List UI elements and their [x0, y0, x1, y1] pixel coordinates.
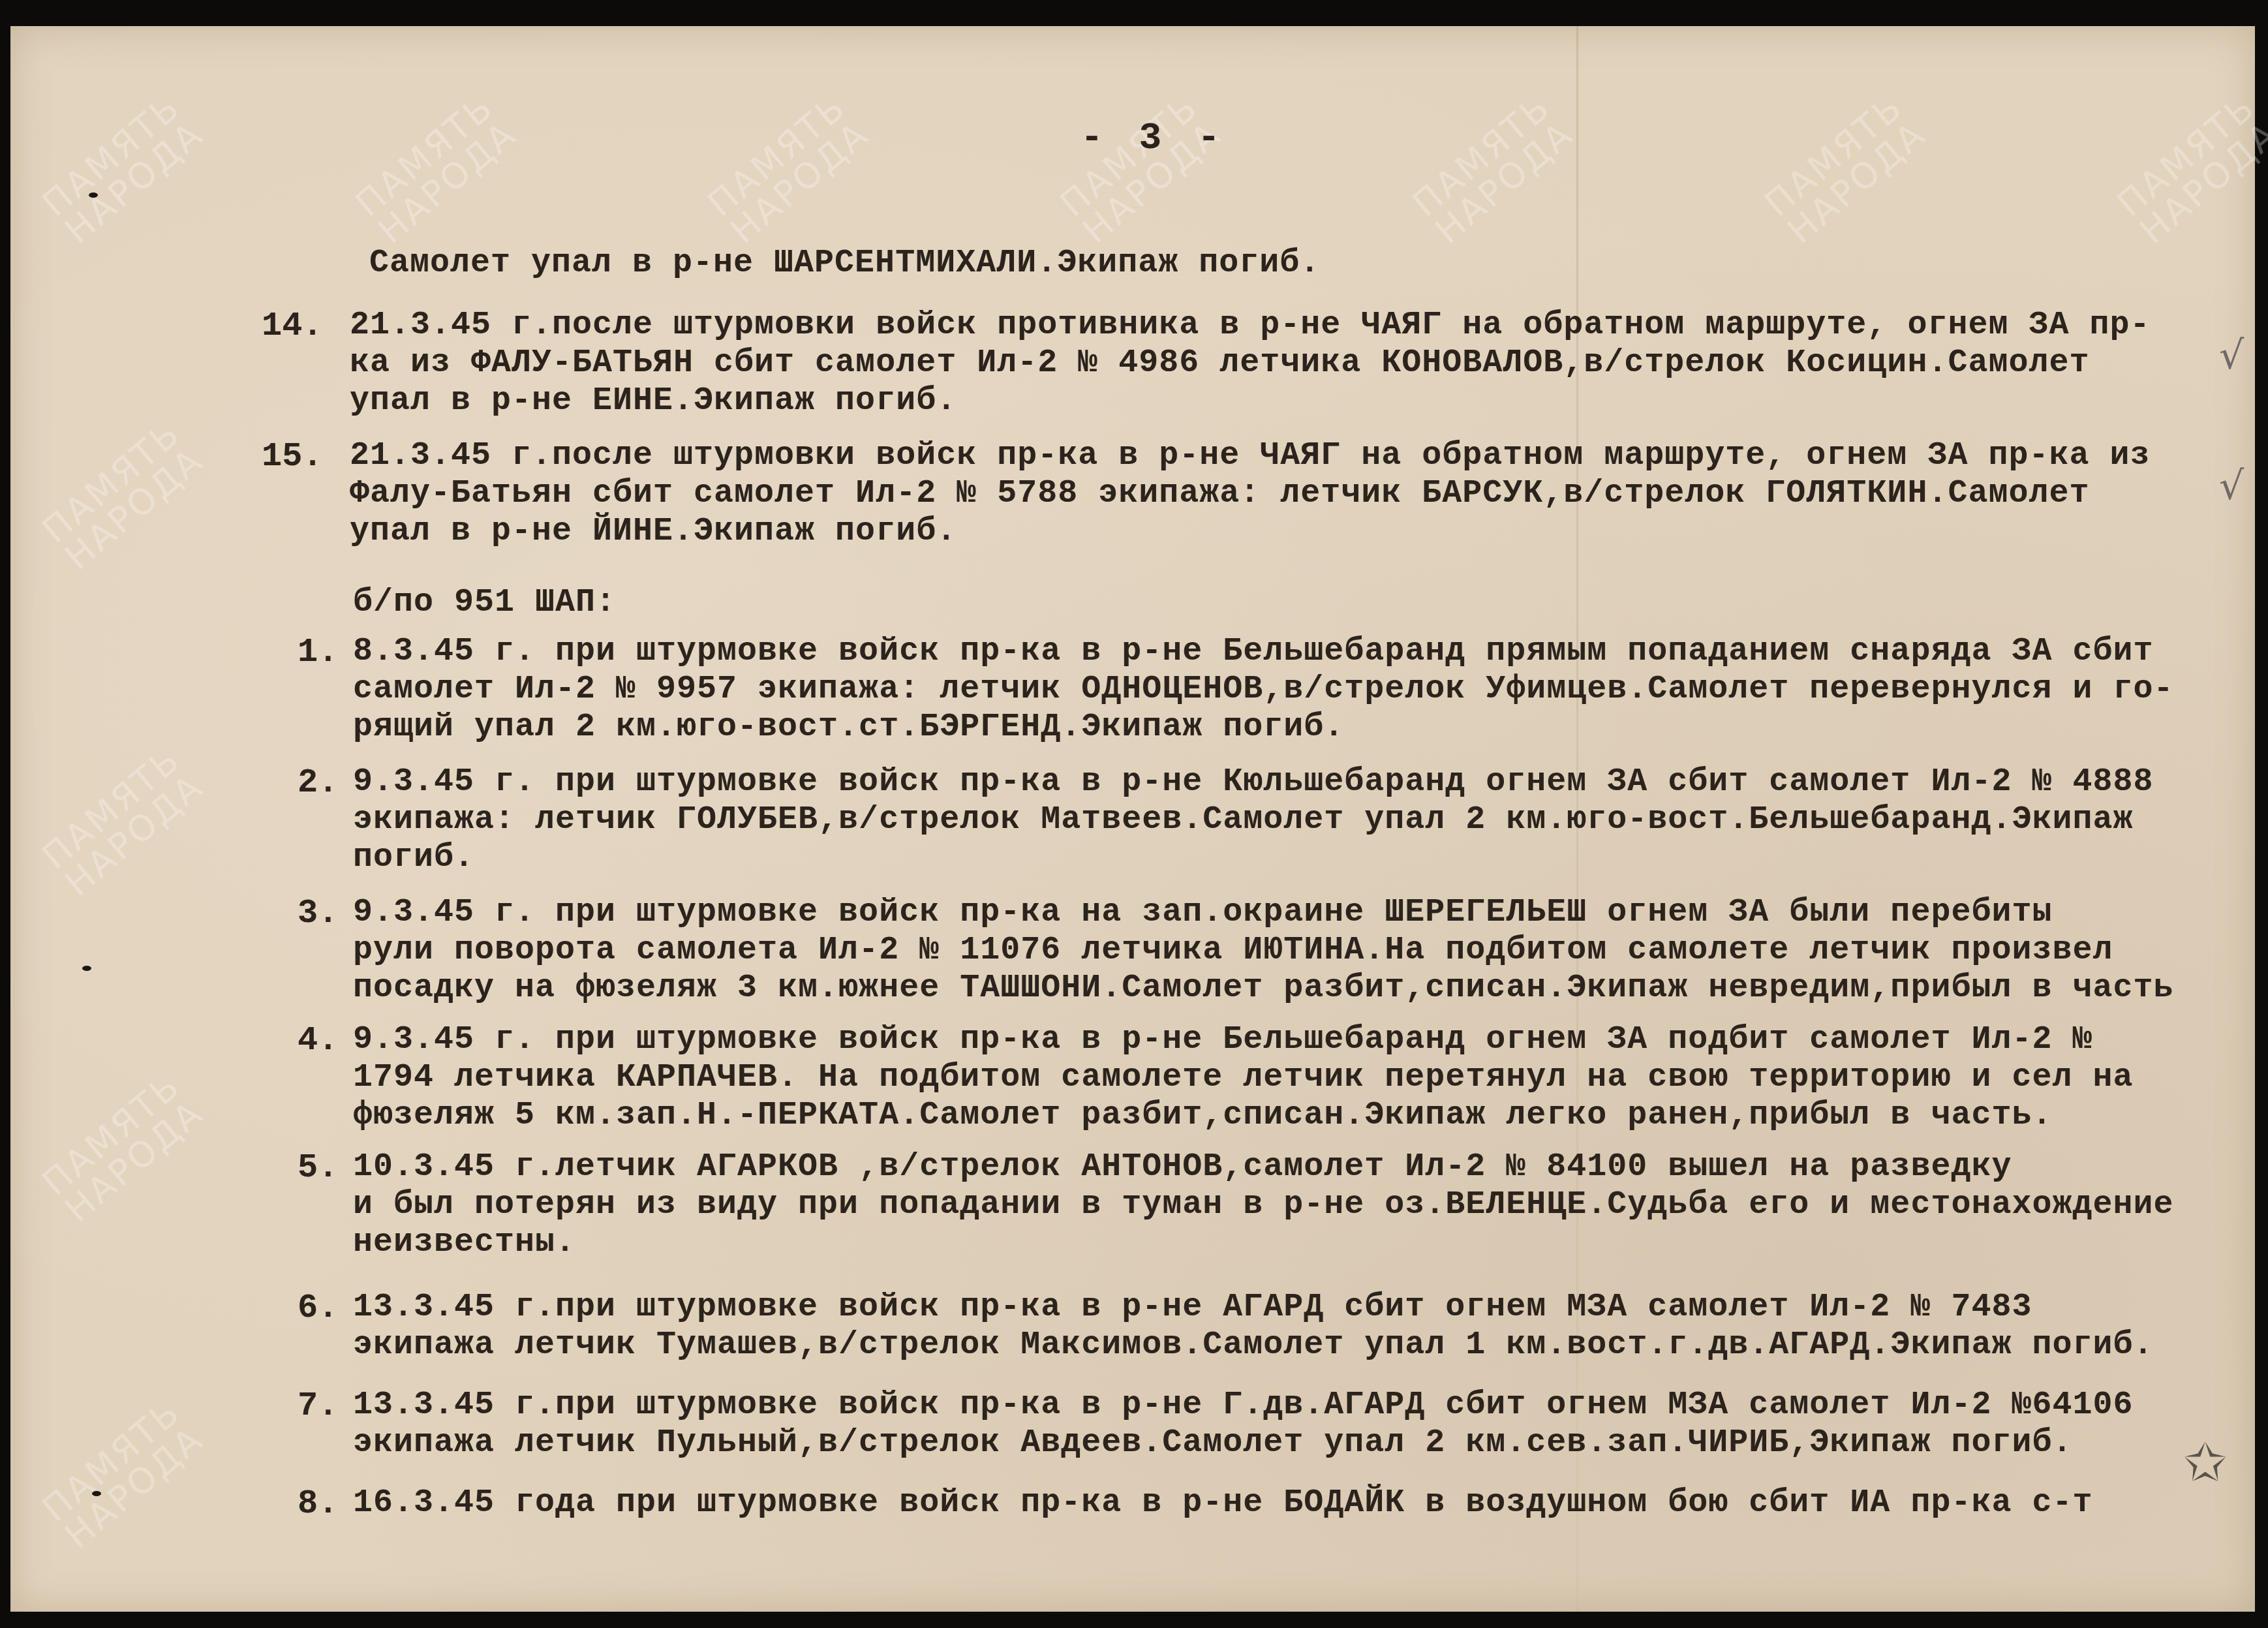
entry-number: 8.: [298, 1484, 338, 1523]
watermark: ПАМЯТЬ НАРОДА: [702, 89, 875, 250]
star-stamp-icon: ✩: [2183, 1432, 2227, 1493]
entry-line: упал в р-не ЙИНЕ.Экипаж погиб.: [350, 513, 957, 551]
page-number: - 3 -: [1080, 117, 1227, 160]
intro-line: Самолет упал в р-не ШАРСЕНТМИХАЛИ.Экипаж…: [369, 245, 1320, 283]
watermark: ПАМЯТЬ НАРОДА: [37, 1394, 209, 1555]
entry-line: неизвестны.: [353, 1224, 575, 1262]
punch-hole: [89, 192, 98, 198]
entry-number: 2.: [298, 763, 338, 802]
entry-number: 7.: [298, 1387, 338, 1425]
entry-line: 10.3.45 г.летчик АГАРКОВ ,в/стрелок АНТО…: [353, 1148, 2012, 1186]
entry-number: 5.: [298, 1148, 338, 1187]
entry-line: 9.3.45 г. при штурмовке войск пр-ка в р-…: [353, 1021, 2092, 1059]
entry-number: 1.: [298, 633, 338, 671]
entry-line: 8.3.45 г. при штурмовке войск пр-ка в р-…: [353, 633, 2153, 671]
section-b-heading: б/по 951 ШАП:: [353, 584, 616, 622]
watermark: ПАМЯТЬ НАРОДА: [1407, 89, 1580, 250]
entry-line: погиб.: [353, 839, 474, 877]
entry-line: 13.3.45 г.при штурмовке войск пр-ка в р-…: [353, 1387, 2133, 1424]
watermark: ПАМЯТЬ НАРОДА: [37, 89, 209, 250]
watermark: ПАМЯТЬ НАРОДА: [1054, 89, 1227, 250]
entry-line: 9.3.45 г. при штурмовке войск пр-ка в р-…: [353, 763, 2153, 801]
entry-line: экипажа летчик Пульный,в/стрелок Авдеев.…: [353, 1424, 2072, 1462]
entry-line: экипажа летчик Тумашев,в/стрелок Максимо…: [353, 1327, 2153, 1364]
entry-line: 1794 летчика КАРПАЧЕВ. На подбитом самол…: [353, 1059, 2133, 1097]
entry-number: 14.: [262, 307, 323, 345]
entry-line: 16.3.45 года при штурмовке войск пр-ка в…: [353, 1484, 2092, 1522]
entry-line: рули поворота самолета Ил-2 № 11076 летч…: [353, 932, 2113, 970]
entry-line: самолет Ил-2 № 9957 экипажа: летчик ОДНО…: [353, 671, 2173, 709]
entry-number: 15.: [262, 437, 323, 476]
entry-line: 21.3.45 г.после штурмовки войск пр-ка в …: [350, 437, 2150, 475]
entry-line: 21.3.45 г.после штурмовки войск противни…: [350, 307, 2150, 345]
watermark: ПАМЯТЬ НАРОДА: [37, 741, 209, 902]
entry-line: упал в р-не ЕИНЕ.Экипаж погиб.: [350, 382, 957, 420]
entry-line: посадку на фюзеляж 3 км.южнее ТАШШОНИ.Са…: [353, 970, 2173, 1007]
entry-line: фюзеляж 5 км.зап.Н.-ПЕРКАТА.Самолет разб…: [353, 1097, 2052, 1135]
punch-hole: [92, 1491, 101, 1496]
entry-line: 13.3.45 г.при штурмовке войск пр-ка в р-…: [353, 1289, 2032, 1327]
entry-number: 3.: [298, 894, 338, 932]
watermark: ПАМЯТЬ НАРОДА: [37, 1067, 209, 1229]
punch-hole: [82, 966, 91, 971]
entry-line: ка из ФАЛУ-БАТЬЯН сбит самолет Ил-2 № 49…: [350, 345, 2089, 382]
watermark: ПАМЯТЬ НАРОДА: [350, 89, 523, 250]
entry-line: Фалу-Батьян сбит самолет Ил-2 № 5788 эки…: [350, 475, 2089, 513]
watermark: ПАМЯТЬ НАРОДА: [37, 415, 209, 576]
entry-number: 4.: [298, 1021, 338, 1060]
checkmark-icon: √: [2219, 333, 2244, 378]
checkmark-icon: √: [2219, 463, 2244, 509]
watermark: ПАМЯТЬ НАРОДА: [2111, 89, 2268, 250]
entry-line: рящий упал 2 км.юго-вост.ст.БЭРГЕНД.Экип…: [353, 709, 1344, 746]
entry-line: экипажа: летчик ГОЛУБЕВ,в/стрелок Матвее…: [353, 801, 2133, 839]
entry-line: и был потерян из виду при попадании в ту…: [353, 1186, 2173, 1224]
entry-line: 9.3.45 г. при штурмовке войск пр-ка на з…: [353, 894, 2052, 932]
document-page: ПАМЯТЬ НАРОДАПАМЯТЬ НАРОДАПАМЯТЬ НАРОДАП…: [10, 26, 2255, 1612]
watermark: ПАМЯТЬ НАРОДА: [1759, 89, 1932, 250]
entry-number: 6.: [298, 1289, 338, 1327]
